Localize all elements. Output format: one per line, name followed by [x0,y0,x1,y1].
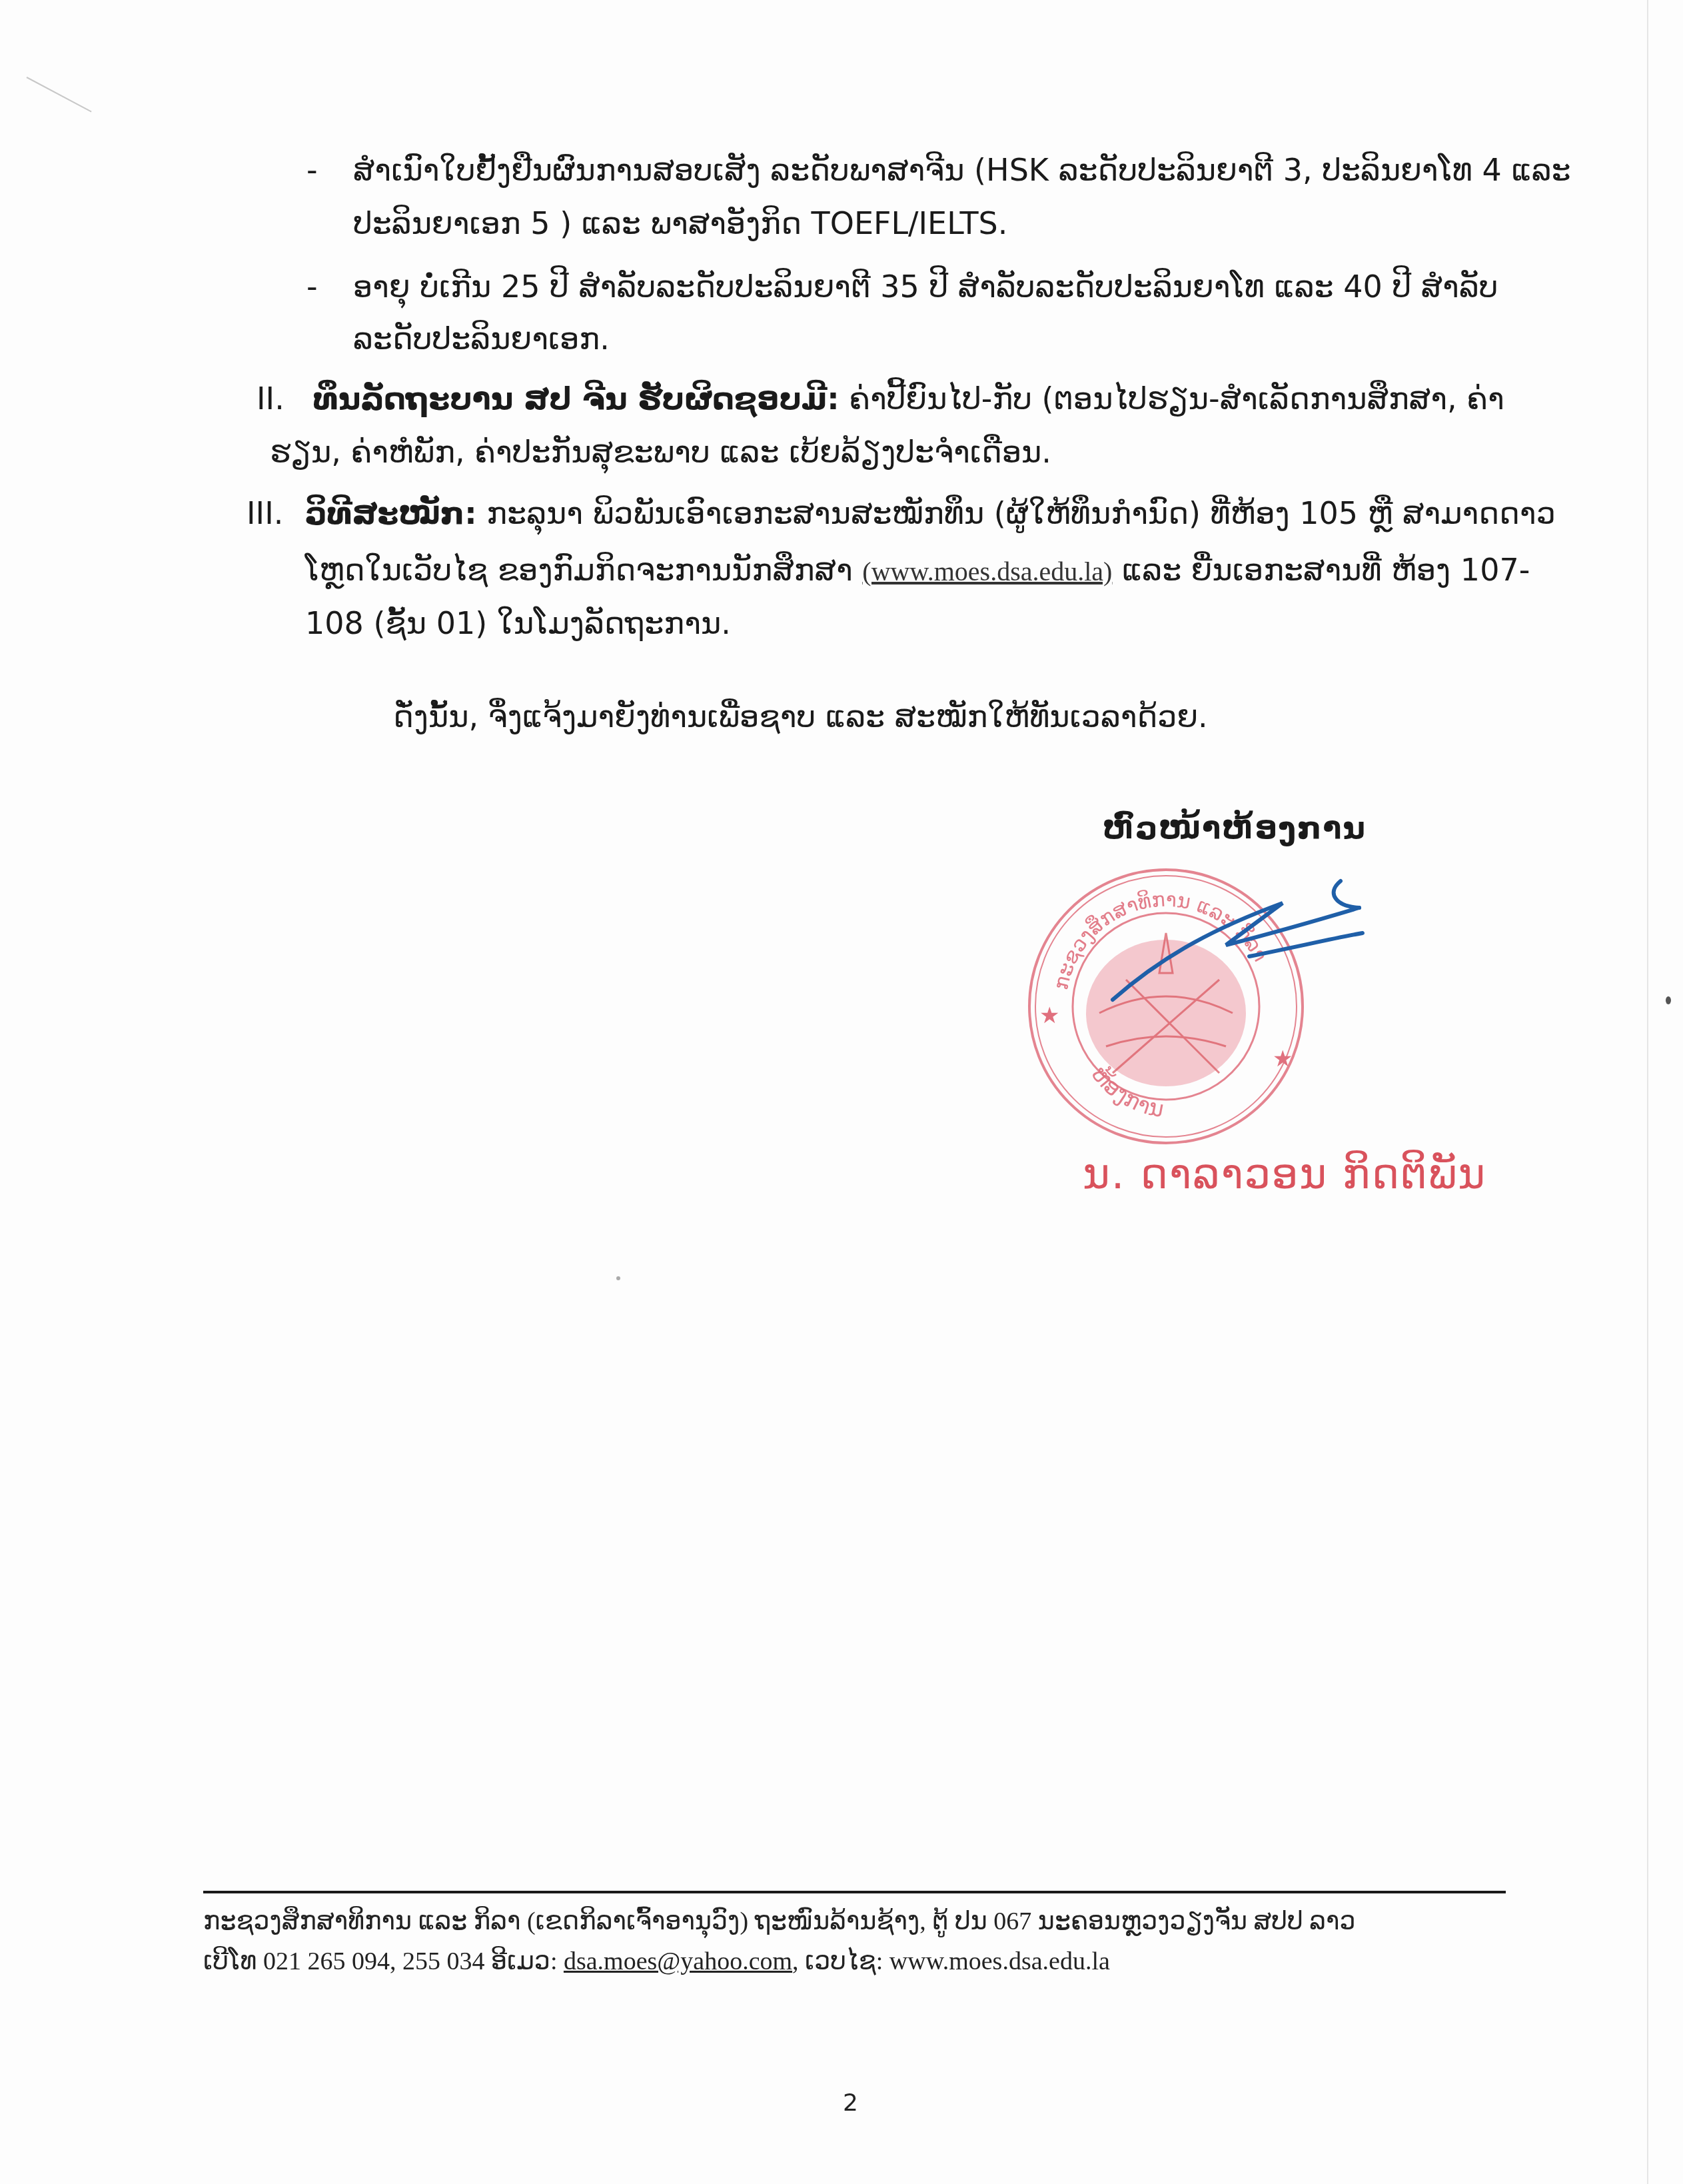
section-heading: ທຶນລັດຖະບານ ສປ ຈີນ ຮັບຜິດຊອບມີ: [313,381,840,417]
section-3-line: ວິທີສະໝັກ: ກະລຸນາ ພິວພັນເອົາເອກະສານສະໝັກ… [305,493,1556,533]
scan-artifact-dot [1666,996,1671,1004]
signer-name: ນ. ດາລາວອນ ກິດຕິພັນ [1083,1150,1486,1198]
footer-contact: ເບີໂທ 021 265 094, 255 034 ອີເມວ: dsa.mo… [203,1945,1110,1978]
footer-divider [203,1891,1506,1893]
requirement-text: ສຳເນົາໃບຢັ້ງຢືນຜົນການສອບເສັງ ລະດັບພາສາຈີ… [353,150,1571,190]
email-label: ອີເມວ: [484,1947,564,1975]
handwritten-signature [1106,866,1386,1040]
section-text: ໂຫຼດໃນເວັບໄຊ ຂອງກົມກິດຈະການນັກສຶກສາ [305,552,862,588]
bullet-dash: - [306,267,318,307]
scan-artifact-dot [616,1276,620,1280]
email-link[interactable]: dsa.moes@yahoo.com [564,1947,792,1975]
section-text: ຄ່າປີ້ຍົນໄປ-ກັບ (ຕອນໄປຮຽນ-ສຳເລັດການສຶກສາ… [840,381,1504,417]
page-edge-line [1647,0,1648,2184]
website-label: , ເວບໄຊ: [792,1947,889,1975]
phone-label: ເບີໂທ [203,1947,263,1975]
footer-address: ກະຊວງສຶກສາທິການ ແລະ ກິລາ (ເຂດກິລາເຈົ້າອາ… [203,1905,1355,1938]
section-number: III. [247,493,283,533]
age-requirement-text: ອາຍຸ ບໍ່ເກີນ 25 ປີ ສຳລັບລະດັບປະລິນຍາຕີ 3… [353,267,1498,307]
page-number: 2 [843,2089,858,2117]
section-text: ຮຽນ, ຄ່າຫໍພັກ, ຄ່າປະກັນສຸຂະພາບ ແລະ ເບ້ຍລ… [270,432,1051,472]
phone-number: 021 265 094, 255 034 [263,1947,485,1975]
footer-website[interactable]: www.moes.dsa.edu.la [889,1947,1110,1975]
requirement-text: ປະລິນຍາເອກ 5 ) ແລະ ພາສາອັງກິດ TOEFL/IELT… [353,203,1007,243]
section-3-line: ໂຫຼດໃນເວັບໄຊ ຂອງກົມກິດຈະການນັກສຶກສາ (www… [305,550,1530,592]
star-icon: ★ [1039,1002,1059,1029]
closing-statement: ດັ່ງນັ້ນ, ຈຶ່ງແຈ້ງມາຍັງທ່ານເພື່ອຊາບ ແລະ … [393,696,1208,736]
age-requirement-text: ລະດັບປະລິນຍາເອກ. [353,319,610,359]
section-number: II. [257,379,284,419]
section-text: ກະລຸນາ ພິວພັນເອົາເອກະສານສະໝັກທຶນ (ຜູ້ໃຫ້… [477,495,1556,531]
website-link[interactable]: (www.moes.dsa.edu.la) [862,556,1112,586]
section-text: ແລະ ຍື່ນເອກະສານທີ່ ຫ້ອງ 107- [1112,552,1530,588]
section-text: 108 (ຊັ້ນ 01) ໃນໂມງລັດຖະການ. [305,603,731,643]
signatory-title: ຫົວໜ້າຫ້ອງການ [1103,810,1367,846]
bullet-dash: - [306,150,318,190]
section-heading: ວິທີສະໝັກ: [305,495,477,531]
scan-artifact [27,77,92,112]
star-icon: ★ [1273,1046,1293,1072]
section-2-line: ທຶນລັດຖະບານ ສປ ຈີນ ຮັບຜິດຊອບມີ: ຄ່າປີ້ຍົ… [313,379,1504,419]
